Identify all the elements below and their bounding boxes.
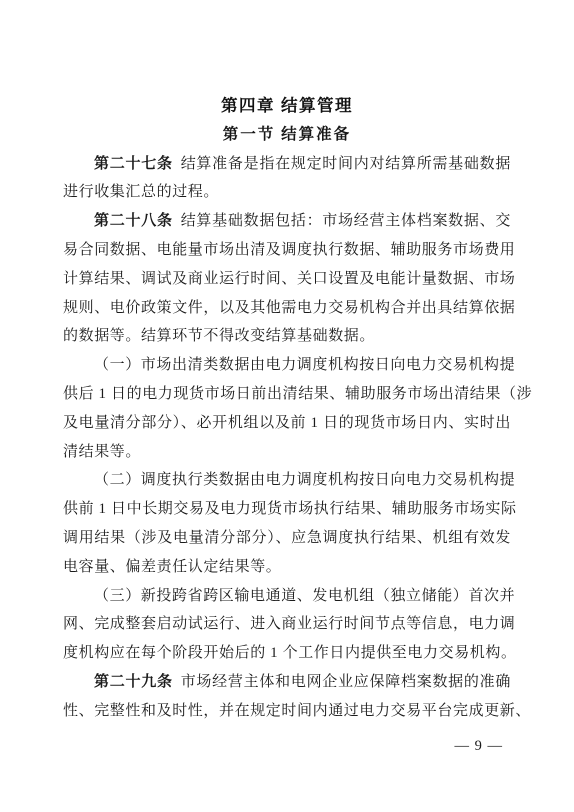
item-1-line-2: 供后 1 日的电力现货市场日前出清结果、辅助服务市场出清结果（涉 bbox=[63, 380, 511, 409]
item-1-line-4: 清结果等。 bbox=[63, 438, 511, 467]
item-3-line-1: （三）新投跨省跨区输电通道、发电机组（独立储能）首次并 bbox=[63, 582, 511, 611]
item-2-line-1: （二）调度执行类数据由电力调度机构按日向电力交易机构提 bbox=[63, 466, 511, 495]
article-29-text-1: 市场经营主体和电网企业应保障档案数据的准确 bbox=[181, 674, 511, 690]
article-29-line-2: 性、完整性和及时性，并在规定时间内通过电力交易平台完成更新、 bbox=[63, 697, 511, 726]
item-2-line-3: 调用结果（涉及电量清分部分）、应急调度执行结果、机组有效发 bbox=[63, 524, 511, 553]
document-page: 第四章 结算管理 第一节 结算准备 第二十七条结算准备是指在规定时间内对结算所需… bbox=[0, 0, 574, 812]
article-29-number: 第二十九条 bbox=[94, 674, 173, 690]
article-27-line-1: 第二十七条结算准备是指在规定时间内对结算所需基础数据 bbox=[63, 150, 511, 179]
article-27-text-1: 结算准备是指在规定时间内对结算所需基础数据 bbox=[181, 156, 511, 172]
chapter-title: 第四章 结算管理 bbox=[63, 92, 511, 121]
article-27-number: 第二十七条 bbox=[94, 156, 173, 172]
item-1-line-3: 及电量清分部分）、必开机组以及前 1 日的现货市场日内、实时出 bbox=[63, 409, 511, 438]
document-body: 第四章 结算管理 第一节 结算准备 第二十七条结算准备是指在规定时间内对结算所需… bbox=[63, 92, 511, 726]
article-28-line-1: 第二十八条结算基础数据包括：市场经营主体档案数据、交 bbox=[63, 207, 511, 236]
article-28-text-1: 结算基础数据包括：市场经营主体档案数据、交 bbox=[181, 213, 511, 229]
article-28-line-4: 规则、电价政策文件，以及其他需电力交易机构合并出具结算依据 bbox=[63, 294, 511, 323]
article-28-line-3: 计算结果、调试及商业运行时间、关口设置及电能计量数据、市场 bbox=[63, 265, 511, 294]
article-28-line-5: 的数据等。结算环节不得改变结算基础数据。 bbox=[63, 322, 511, 351]
item-1-line-1: （一）市场出清类数据由电力调度机构按日向电力交易机构提 bbox=[63, 351, 511, 380]
item-2-line-2: 供前 1 日中长期交易及电力现货市场执行结果、辅助服务市场实际 bbox=[63, 495, 511, 524]
item-2-line-4: 电容量、偏差责任认定结果等。 bbox=[63, 553, 511, 582]
section-title: 第一节 结算准备 bbox=[63, 121, 511, 150]
page-number: — 9 — bbox=[455, 736, 504, 756]
item-3-line-2: 网、完成整套启动试运行、进入商业运行时间节点等信息，电力调 bbox=[63, 610, 511, 639]
article-27-line-2: 进行收集汇总的过程。 bbox=[63, 178, 511, 207]
article-28-number: 第二十八条 bbox=[94, 213, 173, 229]
item-3-line-3: 度机构应在每个阶段开始后的 1 个工作日内提供至电力交易机构。 bbox=[63, 639, 511, 668]
article-28-line-2: 易合同数据、电能量市场出清及调度执行数据、辅助服务市场费用 bbox=[63, 236, 511, 265]
article-29-line-1: 第二十九条市场经营主体和电网企业应保障档案数据的准确 bbox=[63, 668, 511, 697]
